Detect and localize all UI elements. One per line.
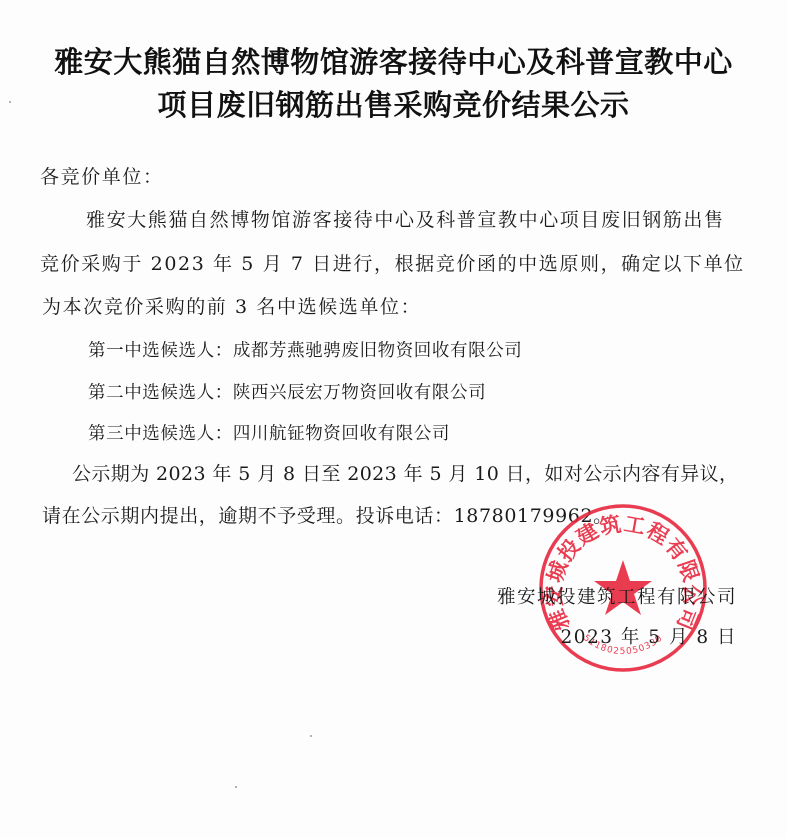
signature-company: 雅安城投建筑工程有限公司	[497, 583, 737, 609]
signature-date: 2023 年 5 月 8 日	[560, 623, 737, 649]
scan-speck	[9, 101, 11, 103]
body-paragraph-line-2: 竞价采购于 2023 年 5 月 7 日进行，根据竞价函的中选原则，确定以下单位	[40, 249, 745, 276]
notice-line-1: 公示期为 2023 年 5 月 8 日至 2023 年 5 月 10 日，如对公…	[72, 459, 738, 486]
candidate-name: 成都芳燕驰骋废旧物资回收有限公司	[233, 341, 523, 361]
salutation: 各竞价单位：	[40, 162, 164, 189]
document-title-line-1: 雅安大熊猫自然博物馆游客接待中心及科普宣教中心	[0, 40, 787, 81]
candidate-label: 第一中选候选人：	[88, 341, 233, 361]
candidate-name: 四川航钲物资回收有限公司	[233, 424, 450, 444]
document-title-line-2: 项目废旧钢筋出售采购竞价结果公示	[0, 83, 787, 124]
body-paragraph-line-3: 为本次竞价采购的前 3 名中选候选单位：	[42, 292, 421, 319]
candidate-label: 第三中选候选人：	[88, 424, 233, 444]
notice-line-2: 请在公示期内提出，逾期不予受理。投诉电话：18780179962。	[42, 501, 613, 528]
scan-speck	[235, 786, 237, 788]
candidate-1: 第一中选候选人：成都芳燕驰骋废旧物资回收有限公司	[88, 337, 522, 362]
candidate-label: 第二中选候选人：	[88, 383, 233, 403]
candidate-2: 第二中选候选人：陕西兴辰宏万物资回收有限公司	[88, 379, 486, 404]
candidate-name: 陕西兴辰宏万物资回收有限公司	[233, 383, 486, 403]
scan-speck	[310, 735, 312, 737]
body-paragraph-line-1: 雅安大熊猫自然博物馆游客接待中心及科普宣教中心项目废旧钢筋出售	[86, 205, 725, 232]
candidate-3: 第三中选候选人：四川航钲物资回收有限公司	[88, 420, 450, 445]
